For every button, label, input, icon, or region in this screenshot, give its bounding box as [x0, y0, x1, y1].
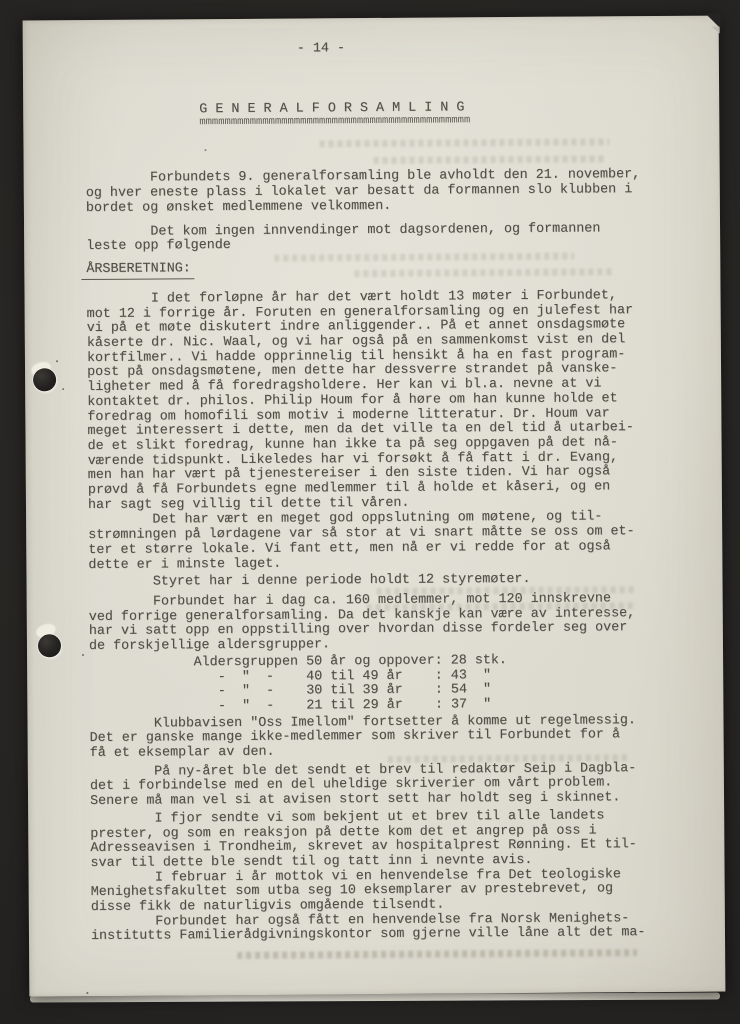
- paper-specks: [56, 360, 58, 362]
- paragraph-menighetsinstitutt: Forbundet har også fått en henvendelse f…: [91, 911, 703, 945]
- age-distribution-table: Aldersgruppen 50 år og oppover: 28 stk. …: [89, 653, 701, 716]
- typewritten-text-column: - 14 - G E N E R A L F O R S A M L I N G…: [85, 16, 703, 945]
- paragraph-meetings: I det forløpne år har det vært holdt 13 …: [87, 289, 701, 514]
- corner-fold-highlight: [712, 27, 720, 34]
- paragraph-priest-letter: I fjor sendte vi som bekjent ut et brev …: [90, 809, 702, 872]
- paragraph-newsletter: Klubbavisen "Oss Imellom" fortsetter å k…: [89, 713, 701, 761]
- paragraph-dagbladet: På ny-året ble det sendt et brev til red…: [90, 761, 702, 809]
- section-heading-row: ÅRSBERETNING:: [86, 259, 698, 280]
- paper-sheet: - 14 - G E N E R A L F O R S A M L I N G…: [23, 16, 726, 997]
- bleed-through-smudge: [237, 949, 637, 959]
- line-board-meetings: Styret har i denne periode holdt 12 styr…: [88, 572, 700, 591]
- punch-hole: [38, 634, 61, 657]
- page-number: - 14 -: [297, 40, 697, 57]
- punch-hole: [33, 368, 56, 391]
- scan-background: - 14 - G E N E R A L F O R S A M L I N G…: [0, 0, 740, 1024]
- paragraph-membership: Forbundet har i dag ca. 160 medlemmer, m…: [89, 592, 701, 655]
- paragraph-attendance: Det har vært en meget god oppslutning om…: [88, 510, 700, 573]
- paragraph-theological-faculty: I februar i år mottok vi en henvendelse …: [91, 867, 703, 915]
- paragraph-agenda: Det kom ingen innvendinger mot dagsorden…: [86, 221, 698, 255]
- section-heading-arsberetning: ÅRSBERETNING:: [81, 262, 195, 279]
- paragraph-opening: Forbundets 9. generalforsamling ble avho…: [86, 168, 698, 216]
